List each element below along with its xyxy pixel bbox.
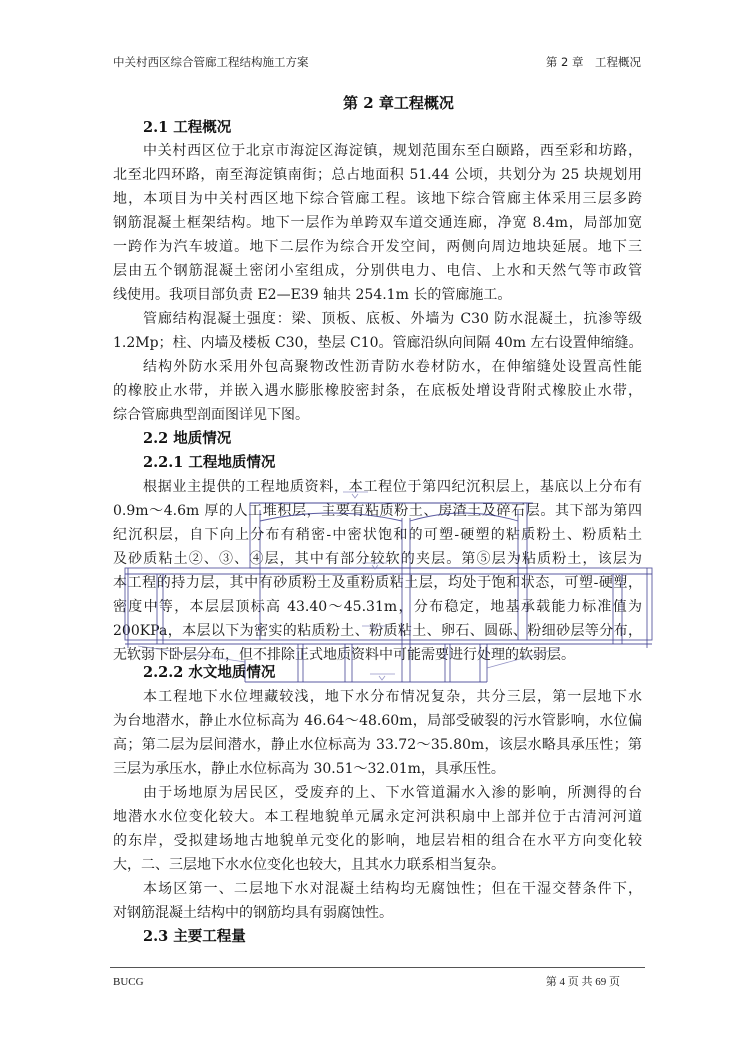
text-line: 为台地潜水，静止水位标高为 46.64～48.60m，局部受破裂的污水管影响，水…	[113, 709, 642, 733]
text-line: 综合管廊典型剖面图详见下图。	[113, 403, 642, 427]
text-line: 高；第二层为层间潜水，静止水位标高为 33.72～35.80m，该层水略具承压性…	[113, 733, 642, 757]
text-line: 一跨作为汽车坡道。地下二层作为综合开发空间，两侧向周边地块延展。地下三	[113, 235, 642, 259]
document-page: 中关村西区综合管廊工程结构施工方案 第 2 章 工程概况 第 2 章工程概况 2…	[0, 0, 744, 1052]
text-line: 由于场地原为居民区，受废弃的上、下水管道漏水入渗的影响，所测得的台	[143, 781, 642, 805]
text-line: 地潜水水位变化较大。本工程地貌单元属永定河洪积扇中上部并位于古清河河道	[113, 805, 642, 829]
text-line: 0.9m～4.6m 厚的人工堆积层，主要有粘质粉土、房渣土及碎石层。其下部为第四	[113, 499, 642, 523]
text-line: 北至北四环路，南至海淀镇南街；总占地面积 51.44 公顷，共划分为 25 块规…	[113, 163, 642, 187]
text-line: 中关村西区位于北京市海淀区海淀镇，规划范围东至白颐路，西至彩和坊路，	[143, 139, 642, 163]
section-heading-2-2-1: 2.2.1 工程地质情况	[143, 451, 275, 475]
footer-company: BUCG	[113, 974, 144, 990]
text-line: 的东岸，受拟建场地古地貌单元变化的影响，地层岩相的组合在水平方向变化较	[113, 829, 642, 853]
running-header-title: 中关村西区综合管廊工程结构施工方案	[113, 53, 309, 71]
section-heading-2-1: 2.1 工程概况	[143, 116, 231, 140]
text-line: 的橡胶止水带，并嵌入遇水膨胀橡胶密封条，在底板处增设背附式橡胶止水带，	[113, 379, 642, 403]
footer-page-number: 第 4 页 共 69 页	[546, 974, 620, 990]
text-line: 钢筋混凝土框架结构。地下一层作为单跨双车道交通连廊，净宽 8.4m，局部加宽	[113, 211, 642, 235]
text-line: 纪沉积层，自下向上分布有稍密-中密状饱和的可塑-硬塑的粘质粉土、粉质粘土	[113, 523, 642, 547]
text-line: 地，本项目为中关村西区地下综合管廊工程。该地下综合管廊主体采用三层多跨	[113, 187, 642, 211]
text-line: 线使用。我项目部负责 E2—E39 轴共 254.1m 长的管廊施工。	[113, 283, 642, 307]
text-line: 大，二、三层地下水水位变化也较大，且其水力联系相当复杂。	[113, 853, 642, 877]
text-line: 三层为承压水，静止水位标高为 30.51～32.01m，具承压性。	[113, 757, 642, 781]
text-line: 本工程的持力层，其中有砂质粉土及重粉质粘土层，均处于饱和状态，可塑-硬塑，	[113, 571, 642, 595]
text-line: 1.2Mp；柱、内墙及楼板 C30，垫层 C10。管廊沿纵向间隔 40m 左右设…	[113, 331, 642, 355]
text-line: 结构外防水采用外包高聚物改性沥青防水卷材防水，在伸缩缝处设置高性能	[143, 355, 642, 379]
text-line: 200KPa，本层以下为密实的粘质粉土、粉质粘土、卵石、圆砾、粉细砂层等分布，	[113, 619, 642, 643]
text-line: 本场区第一、二层地下水对混凝土结构均无腐蚀性；但在干湿交替条件下，	[143, 877, 642, 901]
text-line: 层由五个钢筋混凝土密闭小室组成，分别供电力、电信、上水和天然气等市政管	[113, 259, 642, 283]
text-line: 密度中等，本层层顶标高 43.40～45.31m，分布稳定，地基承载能力标准值为	[113, 595, 642, 619]
section-heading-2-2-2: 2.2.2 水文地质情况	[143, 661, 275, 685]
text-line: 管廊结构混凝土强度：梁、顶板、底板、外墙为 C30 防水混凝土，抗渗等级	[143, 307, 642, 331]
text-line: 本工程地下水位埋藏较浅，地下水分布情况复杂，共分三层，第一层地下水	[143, 685, 642, 709]
text-line: 及砂质粘土②、③、④层，其中有部分较软的夹层。第⑤层为粘质粉土，该层为	[113, 547, 642, 571]
running-header-chapter: 第 2 章 工程概况	[546, 53, 641, 71]
section-heading-2-2: 2.2 地质情况	[143, 427, 231, 451]
text-line: 根据业主提供的工程地质资料，本工程位于第四纪沉积层上，基底以上分布有	[143, 475, 642, 499]
chapter-title: 第 2 章工程概况	[343, 92, 454, 114]
section-heading-2-3: 2.3 主要工程量	[143, 925, 246, 949]
footer-divider	[110, 967, 645, 968]
text-line: 对钢筋混凝土结构中的钢筋均具有弱腐蚀性。	[113, 901, 642, 925]
